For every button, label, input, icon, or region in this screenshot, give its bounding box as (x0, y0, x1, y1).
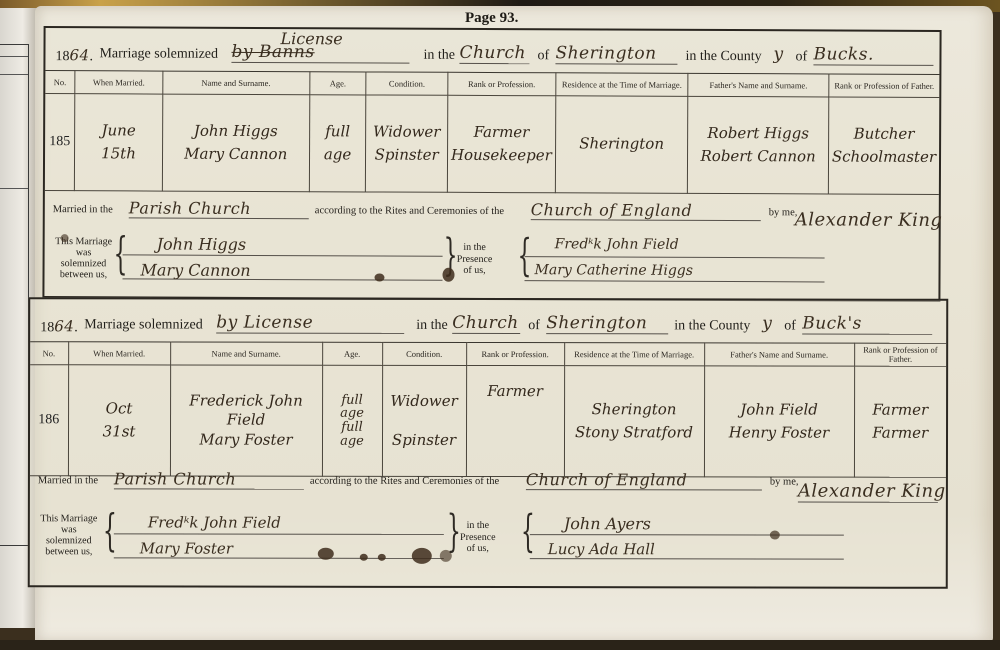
when-married-day: 31st (71, 420, 166, 443)
father-professions: FarmerFarmer (854, 366, 946, 477)
label-line: This Marriage (49, 236, 119, 247)
groom-father: Robert Higgs (691, 122, 825, 146)
married-in-line: Married in the Parish Church according t… (53, 200, 931, 204)
witness-1-signature: Fredᵏk John Field (555, 236, 679, 253)
col-residence: Residence at the Time of Marriage. (564, 343, 704, 366)
signature-rule (114, 533, 444, 535)
ages: fullagefullage (322, 365, 382, 476)
witness-2-signature: Mary Catherine Higgs (535, 262, 694, 279)
witness-rule (524, 280, 824, 282)
facing-page-rule (0, 188, 28, 189)
bride-father-profession: Schoolmaster (832, 145, 936, 169)
col-when-married: When Married. (75, 71, 162, 94)
residence-line: Sherington (568, 398, 701, 421)
witness-2-signature: Lucy Ada Hall (548, 540, 655, 558)
when-married: June15th (75, 94, 163, 191)
county: Buck's (802, 314, 932, 335)
witness-1-signature: John Ayers (564, 514, 651, 533)
conditions: WidowerSpinster (382, 365, 466, 476)
label-by-me: by me, (770, 476, 799, 487)
professions: FarmerHousekeeper (447, 95, 555, 192)
col-age: Age. (310, 72, 367, 95)
col-father-name: Father's Name and Surname. (688, 73, 829, 97)
label-in-the-county: in the County (685, 49, 761, 65)
bride-father: Henry Foster (707, 421, 850, 444)
label-in-the: in the (423, 48, 455, 64)
col-father-profession: Rank or Profession of Father. (854, 343, 946, 366)
label-according-to: according to the Rites and Ceremonies of… (315, 205, 504, 217)
bride-condition: Spinster (369, 143, 444, 167)
label-line: solemnized (34, 535, 104, 546)
year-prefix: 18 (40, 320, 54, 335)
entry-number: 186 (30, 365, 68, 476)
rites: Church of England (531, 200, 761, 221)
col-age: Age. (322, 342, 382, 365)
col-residence: Residence at the Time of Marriage. (556, 73, 689, 97)
witness-rule (530, 558, 844, 560)
label-line: This Marriage (34, 513, 104, 524)
when-married-month: June (78, 119, 158, 143)
label-in-the: in the (416, 318, 448, 334)
label-marriage-solemnized: Marriage solemnized (99, 46, 218, 63)
col-when-married: When Married. (68, 342, 170, 365)
fathers: Robert HiggsRobert Cannon (688, 96, 829, 194)
ink-blot (318, 548, 334, 560)
groom-father-profession: Farmer (858, 398, 944, 421)
col-profession: Rank or Profession. (466, 342, 564, 365)
bride-father: Robert Cannon (691, 145, 825, 169)
label-line: in the (445, 242, 505, 254)
age-line: full (313, 120, 363, 143)
groom-profession: Farmer (470, 380, 561, 403)
residence-line: Sherington (559, 133, 685, 157)
label-in-the-county: in the County (674, 318, 750, 334)
when-married-month: Oct (72, 397, 167, 420)
county-suffix: y (762, 313, 772, 333)
brace-left: { (521, 510, 535, 554)
label-line: solemnized (49, 258, 119, 269)
fathers: John FieldHenry Foster (704, 366, 854, 477)
residence: SheringtonStony Stratford (564, 366, 704, 477)
facing-page-rule (0, 74, 28, 75)
married-in-place: Parish Church (114, 469, 304, 489)
ink-blot (440, 550, 452, 562)
col-name: Name and Surname. (162, 71, 309, 95)
groom-father: John Field (708, 398, 851, 421)
bride-condition: Spinster (385, 421, 462, 460)
ink-blot (360, 554, 368, 561)
brace-left: { (103, 509, 117, 553)
facing-page-rule (0, 56, 28, 57)
entry-headline: 1864. Marriage solemnized by License in … (40, 309, 936, 341)
signature-rule (123, 254, 443, 256)
when-married: Oct31st (68, 365, 170, 476)
professions: Farmer (466, 365, 564, 476)
age-line: age (326, 407, 379, 421)
label-of-county: of (784, 319, 796, 335)
place-type: Church (452, 313, 520, 334)
place-type: Church (459, 43, 529, 64)
label-marriage-solemnized: Marriage solemnized (84, 317, 203, 333)
col-name: Name and Surname. (170, 342, 322, 365)
bride-signature: Mary Cannon (140, 260, 250, 279)
names: Frederick JohnFieldMary Foster (170, 365, 322, 476)
col-father-profession: Rank or Profession of Father. (829, 74, 940, 97)
solemnized-by: by License (216, 313, 404, 334)
label-according-to: according to the Rites and Ceremonies of… (310, 476, 499, 487)
label-line: between us, (48, 269, 118, 280)
col-father-name: Father's Name and Surname. (704, 343, 854, 366)
label-line: was (49, 247, 119, 258)
year-suffix: 64 (69, 46, 89, 64)
bride-name: Mary Foster (173, 430, 318, 450)
county-suffix: y (773, 44, 783, 64)
groom-signature: Fredᵏk John Field (148, 513, 281, 531)
groom-name: Frederick John (174, 391, 319, 411)
label-line: of us, (448, 543, 508, 555)
label-of-county: of (795, 49, 807, 65)
signature-rule (114, 557, 444, 559)
when-married-day: 15th (78, 142, 158, 166)
groom-name: John Higgs (166, 119, 306, 143)
label-in-presence: in the Presence of us, (448, 520, 508, 555)
label-line: between us, (34, 546, 104, 557)
register-table: No. When Married. Name and Surname. Age.… (30, 341, 946, 478)
age-line: age (325, 434, 378, 448)
year-suffix: 64 (54, 317, 74, 335)
bride-signature: Mary Foster (140, 539, 233, 557)
ages: fullage (309, 95, 366, 192)
marriage-entry-185: 1864. Marriage solemnized by Banns Licen… (42, 26, 941, 302)
conditions: WidowerSpinster (366, 95, 448, 192)
age-line: full (326, 421, 379, 435)
groom-condition: Widower (386, 382, 463, 421)
label-line: in the (448, 520, 508, 532)
witness-rule (530, 534, 844, 536)
parish: Sherington (546, 313, 668, 334)
bride-father-profession: Farmer (857, 422, 943, 445)
residence-line: Stony Stratford (567, 421, 700, 444)
col-no: No. (30, 342, 68, 365)
officiant-signature: Alexander King (798, 481, 938, 503)
facing-page-table-border (0, 44, 29, 546)
label-line: was (34, 524, 104, 535)
groom-profession: Farmer (451, 121, 552, 145)
names: John HiggsMary Cannon (162, 94, 310, 192)
witness-rule (525, 256, 825, 258)
bride-name: Mary Cannon (166, 143, 306, 167)
ink-blot (378, 554, 386, 561)
label-of: of (528, 318, 540, 334)
year-prefix: 18 (55, 49, 69, 64)
table-header-row: No. When Married. Name and Surname. Age.… (30, 342, 946, 367)
parish: Sherington (555, 43, 677, 65)
col-condition: Condition. (382, 342, 466, 365)
entry-number: 185 (45, 94, 75, 191)
ink-blot (770, 530, 780, 539)
rites: Church of England (526, 470, 762, 490)
groom-condition: Widower (369, 120, 444, 144)
table-row: 185 June15th John HiggsMary Cannon fulla… (45, 94, 939, 195)
register-page: Page 93. 1864. Marriage solemnized by Ba… (35, 6, 993, 642)
year: 1864. (40, 317, 78, 336)
age-line: age (313, 143, 363, 166)
label-by-me: by me, (769, 207, 798, 218)
table-row: 186 Oct31st Frederick JohnFieldMary Fost… (30, 365, 946, 478)
bride-profession: Housekeeper (451, 144, 552, 168)
year: 1864. (55, 46, 93, 65)
groom-signature: John Higgs (157, 235, 247, 254)
ink-blot (442, 268, 454, 282)
age-line: full (326, 393, 379, 407)
label-married-in: Married in the (53, 204, 113, 215)
label-line: Presence (445, 253, 505, 265)
label-solemnized-between: This Marriage was solemnized between us, (34, 513, 104, 557)
ink-blot (412, 548, 432, 564)
register-table: No. When Married. Name and Surname. Age.… (45, 70, 940, 195)
groom-father-profession: Butcher (832, 122, 936, 146)
officiant-signature: Alexander King (795, 209, 943, 231)
page-number: Page 93. (465, 10, 518, 27)
label-of: of (537, 48, 549, 64)
col-condition: Condition. (366, 72, 448, 95)
marriage-entry-186: 1864. Marriage solemnized by License in … (28, 297, 949, 589)
label-married-in: Married in the (38, 475, 98, 486)
residence: Sherington (555, 96, 688, 194)
solemnized-by-correction: License (281, 29, 343, 48)
ink-blot (374, 273, 384, 281)
groom-surname: Field (174, 411, 319, 431)
label-solemnized-between: This Marriage was solemnized between us, (48, 236, 118, 280)
married-in-place: Parish Church (129, 198, 309, 219)
entry-headline: 1864. Marriage solemnized by Banns Licen… (55, 38, 929, 72)
book-bottom-edge (0, 640, 1000, 650)
county: Bucks. (813, 44, 933, 66)
ink-blot (61, 234, 69, 242)
col-no: No. (45, 71, 75, 94)
father-professions: ButcherSchoolmaster (828, 97, 939, 194)
col-profession: Rank or Profession. (448, 72, 556, 95)
label-line: Presence (448, 531, 508, 543)
